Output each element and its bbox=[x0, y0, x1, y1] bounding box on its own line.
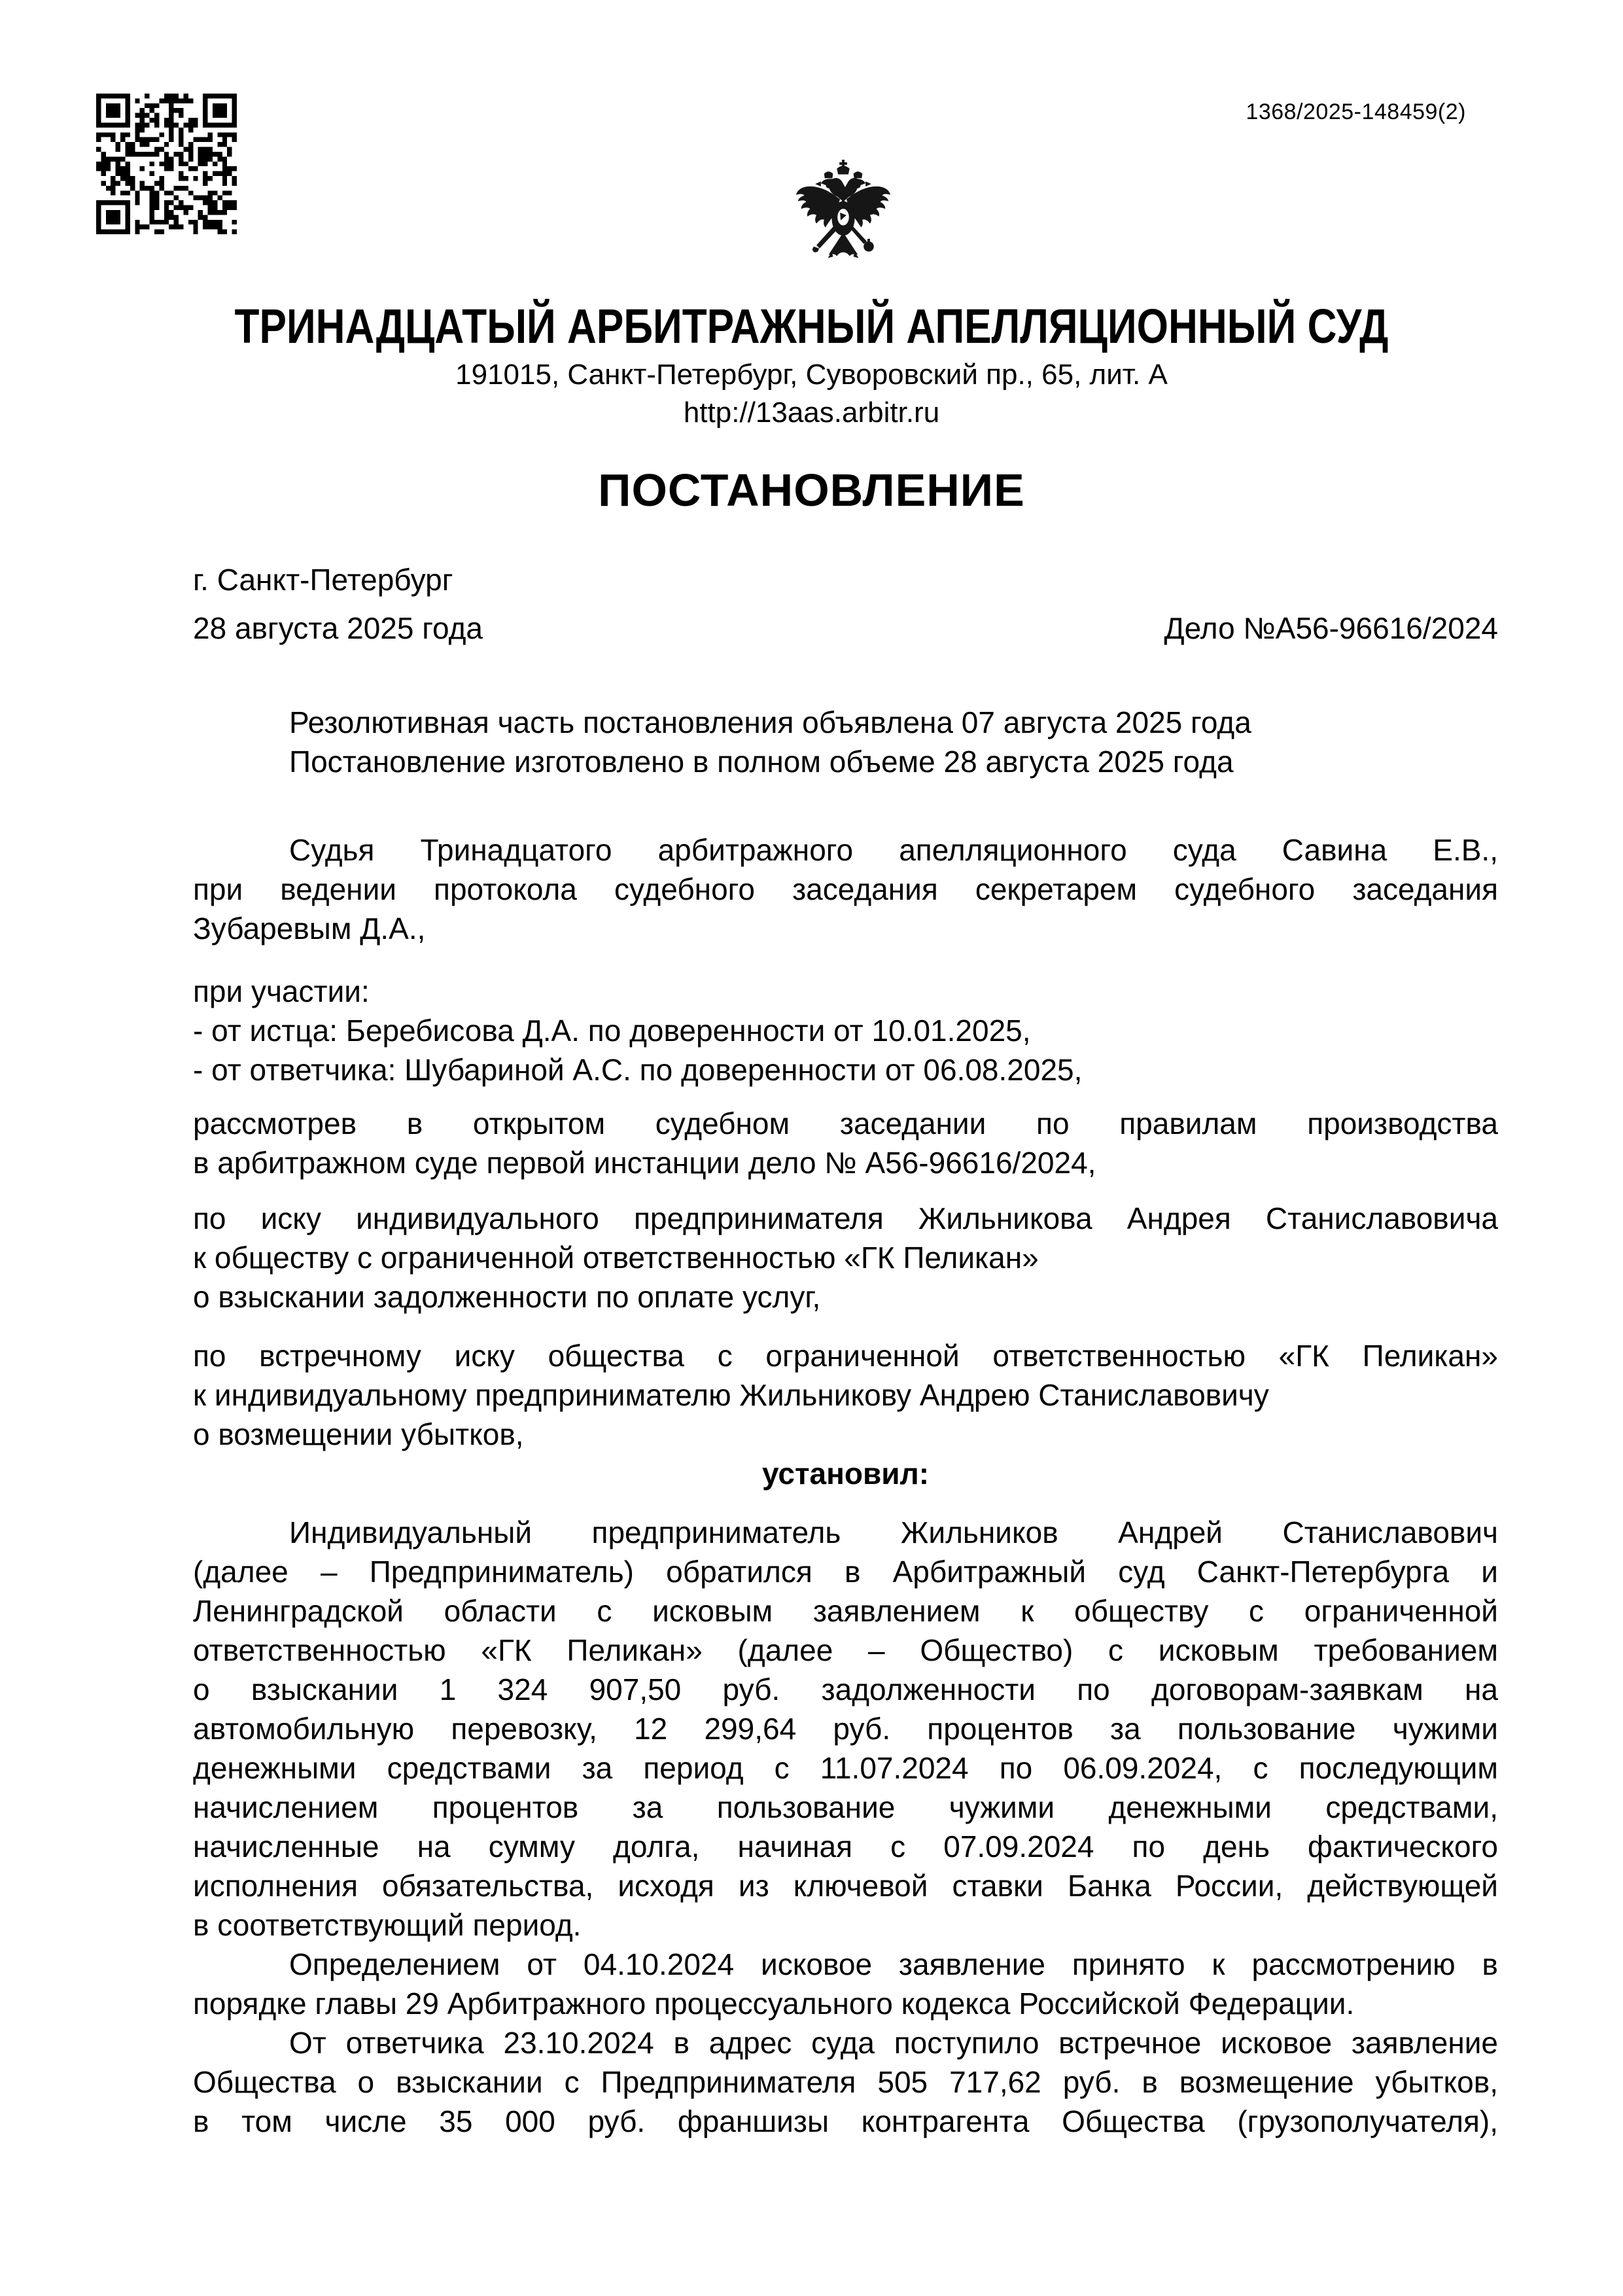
document-number: 1368/2025-148459(2) bbox=[1246, 99, 1466, 125]
ustanovil-line: установил: bbox=[193, 1454, 1498, 1493]
text-line: о взыскании задолженности по оплате услу… bbox=[193, 1277, 1498, 1316]
text-line: при участии: bbox=[193, 972, 1498, 1011]
text-line: - от ответчика: Шубариной А.С. по довере… bbox=[193, 1050, 1498, 1089]
text-line: Определением от 04.10.2024 исковое заявл… bbox=[193, 1945, 1498, 1984]
court-name: ТРИНАДЦАТЫЙ АРБИТРАЖНЫЙ АПЕЛЛЯЦИОННЫЙ СУ… bbox=[130, 302, 1493, 351]
text-line: в том числе 35 000 руб. франшизы контраг… bbox=[193, 2102, 1498, 2141]
facts-paragraph-2: Определением от 04.10.2024 исковое заявл… bbox=[193, 1945, 1498, 2141]
counterclaim-block: по встречному иску общества с ограниченн… bbox=[193, 1336, 1498, 1454]
text-line: Ленинградской области с исковым заявлени… bbox=[193, 1591, 1498, 1631]
document-title: ПОСТАНОВЛЕНИЕ bbox=[0, 467, 1623, 513]
city-line: г. Санкт-Петербург bbox=[193, 560, 1498, 599]
text-line: автомобильную перевозку, 12 299,64 руб. … bbox=[193, 1709, 1498, 1748]
text-line: по встречному иску общества с ограниченн… bbox=[193, 1336, 1498, 1375]
claim-block: по иску индивидуального предпринимателя … bbox=[193, 1199, 1498, 1316]
text-line: Зубаревым Д.А., bbox=[193, 909, 1498, 948]
case-number: Дело №А56-96616/2024 bbox=[1164, 609, 1498, 648]
text-line: при ведении протокола судебного заседани… bbox=[193, 870, 1498, 909]
resolution-dates-block: Резолютивная часть постановления объявле… bbox=[193, 703, 1498, 781]
document-page: 1368/2025-148459(2) bbox=[0, 0, 1623, 2296]
text-line: о возмещении убытков, bbox=[193, 1415, 1498, 1454]
text-line: к обществу с ограниченной ответственност… bbox=[193, 1238, 1498, 1277]
text-line: в арбитражном суде первой инстанции дело… bbox=[193, 1143, 1498, 1182]
text-line: начисленные на сумму долга, начиная с 07… bbox=[193, 1827, 1498, 1866]
text-line: От ответчика 23.10.2024 в адрес суда пос… bbox=[193, 2023, 1498, 2062]
text-line: к индивидуальному предпринимателю Жильни… bbox=[193, 1375, 1498, 1415]
text-line: Индивидуальный предприниматель Жильников… bbox=[193, 1513, 1498, 1552]
text-line: (далее – Предприниматель) обратился в Ар… bbox=[193, 1552, 1498, 1591]
text-line: исполнения обязательства, исходя из ключ… bbox=[193, 1866, 1498, 1905]
text-line: денежными средствами за период с 11.07.2… bbox=[193, 1748, 1498, 1788]
text-line: о взыскании 1 324 907,50 руб. задолженно… bbox=[193, 1670, 1498, 1709]
participants-block: при участии: - от истца: Беребисова Д.А.… bbox=[193, 972, 1498, 1089]
text-line: по иску индивидуального предпринимателя … bbox=[193, 1199, 1498, 1238]
decision-date: 28 августа 2025 года bbox=[193, 609, 483, 648]
text-line: Общества о взыскании с Предпринимателя 5… bbox=[193, 2062, 1498, 2102]
qr-code bbox=[96, 94, 237, 234]
text-line: ответственностью «ГК Пеликан» (далее – О… bbox=[193, 1631, 1498, 1670]
double-eagle-icon bbox=[792, 157, 894, 270]
coat-of-arms-emblem bbox=[792, 157, 894, 270]
text-line: Постановление изготовлено в полном объем… bbox=[193, 742, 1498, 781]
text-line: Резолютивная часть постановления объявле… bbox=[193, 703, 1498, 742]
judge-block: Судья Тринадцатого арбитражного апелляци… bbox=[193, 830, 1498, 948]
text-line: Судья Тринадцатого арбитражного апелляци… bbox=[193, 830, 1498, 870]
facts-paragraph-1: Индивидуальный предприниматель Жильников… bbox=[193, 1513, 1498, 1945]
document-body: г. Санкт-Петербург 28 августа 2025 года … bbox=[0, 560, 1623, 2141]
text-line: порядке главы 29 Арбитражного процессуал… bbox=[193, 1984, 1498, 2023]
text-line: в соответствующий период. bbox=[193, 1905, 1498, 1945]
text-line: начислением процентов за пользование чуж… bbox=[193, 1788, 1498, 1827]
court-address: 191015, Санкт-Петербург, Суворовский пр.… bbox=[0, 356, 1623, 394]
hearing-block: рассмотрев в открытом судебном заседании… bbox=[193, 1104, 1498, 1182]
court-url: http://13aas.arbitr.ru bbox=[0, 394, 1623, 432]
text-line: рассмотрев в открытом судебном заседании… bbox=[193, 1104, 1498, 1143]
qr-code-image bbox=[96, 94, 237, 234]
date-case-row: 28 августа 2025 года Дело №А56-96616/202… bbox=[193, 609, 1498, 648]
text-line: - от истца: Беребисова Д.А. по доверенно… bbox=[193, 1011, 1498, 1050]
